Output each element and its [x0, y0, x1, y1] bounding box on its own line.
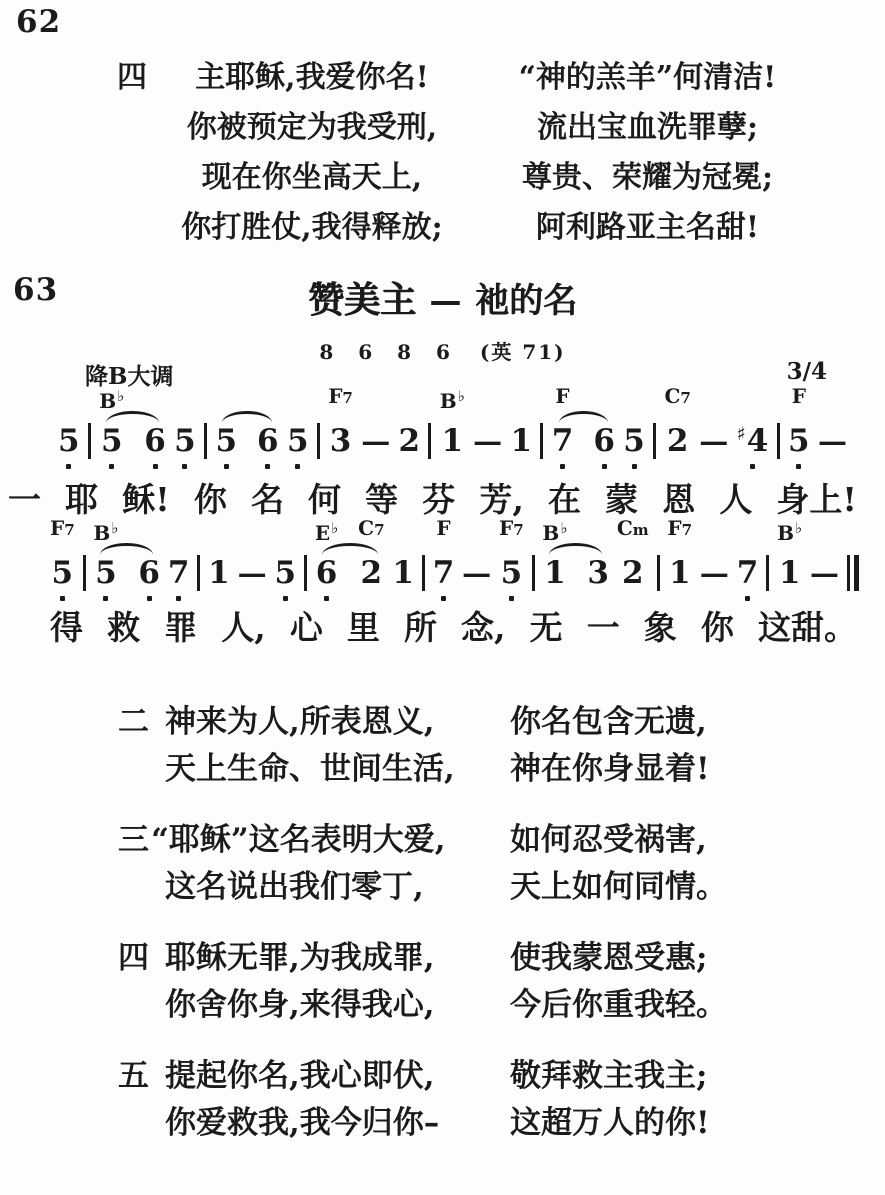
lyric-syllable: 人 [719, 474, 752, 521]
lyric-syllable: 里 [347, 602, 380, 649]
barline [532, 516, 535, 605]
verse-number: 四 [117, 52, 147, 96]
barline [854, 555, 859, 591]
chord-label: Cm [617, 516, 649, 542]
lyric-syllable: 人, [221, 602, 266, 649]
low-octave-dot [745, 596, 750, 601]
chord-label: E♭ [315, 516, 338, 542]
lyric-line-2: 得救罪人,心里所念,无一象你这甜。 [50, 602, 857, 649]
lyric-syllable: 心 [290, 602, 323, 649]
verse-text-right: 使我蒙恩受惠; [510, 932, 885, 964]
low-octave-dot [60, 596, 65, 601]
lyric-syllable: 你 [701, 602, 734, 649]
low-octave-dot [176, 596, 181, 601]
low-octave-dot [103, 596, 108, 601]
slur-group: F76 [552, 384, 615, 473]
verse-number [118, 1097, 165, 1129]
chord-label: B♭ [542, 516, 567, 542]
lyric-syllable: 恩 [662, 474, 695, 521]
verse-line: 四耶稣无罪,为我成罪,使我蒙恩受惠; [0, 932, 885, 964]
chord-label: F [436, 516, 450, 542]
low-octave-dot [441, 596, 446, 601]
music-note: 7 [168, 516, 190, 605]
barline [653, 423, 656, 459]
low-octave-dot [324, 596, 329, 601]
lyric-syllable: 等 [365, 474, 398, 521]
slur-group: E♭6C72 [315, 516, 385, 605]
low-octave-dot [509, 596, 514, 601]
verse-line: 三“耶稣”这名表明大爱,如何忍受祸害, [0, 814, 885, 846]
lyric-syllable: 芳, [479, 474, 524, 521]
music-note: 6 [257, 384, 279, 473]
barline [317, 384, 320, 473]
barline [777, 423, 780, 459]
barline [88, 423, 91, 459]
music-note: F7 [433, 516, 455, 605]
chord-label: F [555, 384, 569, 410]
barline [304, 555, 307, 591]
music-note: B♭5 [99, 384, 124, 473]
verse-line: 你舍你身,来得我心,今后你重我轻。 [0, 979, 885, 1011]
lyric-syllable: 所 [404, 602, 437, 649]
music-note: C72 [358, 516, 384, 605]
hymn-title-dash: — [430, 282, 462, 320]
music-note: B♭1 [777, 516, 802, 605]
verse-text-left: “耶稣”这名表明大爱, [165, 814, 510, 846]
verse-text-left: 主耶稣,我爱你名! [147, 52, 477, 96]
verse-line: 这名说出我们零丁,天上如何同情。 [0, 861, 885, 893]
lyric-syllable: 何 [308, 474, 341, 521]
music-note: 6 [144, 384, 166, 473]
lyric-syllable: 救 [107, 602, 140, 649]
low-octave-dot [147, 596, 152, 601]
lyric-syllable: 身上! [776, 474, 857, 521]
note-dash: — [238, 516, 267, 605]
note-dash: — [473, 384, 502, 473]
low-octave-dot [265, 464, 270, 469]
low-octave-dot [602, 464, 607, 469]
low-octave-dot [283, 596, 288, 601]
verse-number: 五 [118, 1050, 165, 1082]
slur-group: B♭56 [93, 516, 160, 605]
verse-block: 五提起你名,我心即伏,敬拜救主我主;你爱救我,我今归你–这超万人的你! [0, 1050, 885, 1129]
verse-text-right: 你名包含无遗, [510, 696, 885, 728]
barline [532, 555, 535, 591]
music-note: 3 [587, 516, 609, 605]
music-note: F7 [552, 384, 574, 473]
barline [540, 423, 543, 459]
music-note: 5 [623, 384, 645, 473]
barline [422, 516, 425, 605]
hymn-subtitle: 祂的名 [475, 281, 577, 321]
verse-text-right: 天上如何同情。 [510, 861, 885, 893]
barline [317, 423, 320, 459]
chord-label: F7 [499, 516, 524, 542]
music-note: 6 [593, 384, 615, 473]
barline [88, 384, 91, 473]
hymn-title: 赞美主 [308, 280, 416, 321]
chord-label: C7 [665, 384, 691, 410]
verse-number [118, 861, 165, 893]
lyric-syllable: 念, [461, 602, 506, 649]
low-octave-dot [153, 464, 158, 469]
flat-sign: ♭ [560, 519, 567, 537]
chord-label: B♭ [777, 516, 802, 542]
music-note: B♭1 [440, 384, 465, 473]
music-note: 6 [138, 516, 160, 605]
slur-group: 56 [215, 384, 278, 473]
lyric-syllable: 稣! [122, 474, 170, 521]
verse-block: 二神来为人,所表恩义,你名包含无遗,天上生命、世间生活,神在你身显着! [0, 696, 885, 775]
music-note: 2 [399, 384, 421, 473]
lyric-syllable: 在 [548, 474, 581, 521]
verse-block: 三“耶稣”这名表明大爱,如何忍受祸害,这名说出我们零丁,天上如何同情。 [0, 814, 885, 893]
barline [83, 555, 86, 591]
lyric-syllable: 名 [251, 474, 284, 521]
verse-line: 你被预定为我受刑,流出宝血洗罪孽; [117, 102, 847, 152]
verse-text-right: 今后你重我轻。 [510, 979, 885, 1011]
lyric-syllable: 你 [194, 474, 227, 521]
verse-text-right: 如何忍受祸害, [510, 814, 885, 846]
verse-text-left: 现在你坐高天上, [147, 152, 477, 196]
music-note: F71 [667, 516, 692, 605]
note-dash: — [810, 516, 839, 605]
low-octave-dot [224, 464, 229, 469]
music-note: 5 [58, 384, 80, 473]
verse-text-right: 敬拜救主我主; [510, 1050, 885, 1082]
sharp-sign: ♯ [737, 416, 746, 452]
music-line-2: F75B♭5671—5E♭6C721F7—F75B♭13Cm2F71—7B♭1— [50, 516, 859, 605]
verse-text-left: 这名说出我们零丁, [165, 861, 510, 893]
low-octave-dot [632, 464, 637, 469]
flat-sign: ♭ [458, 387, 465, 405]
chord-label: C7 [358, 516, 384, 542]
low-octave-dot [295, 464, 300, 469]
music-note: 1 [510, 384, 532, 473]
barline [777, 384, 780, 473]
verse-text-left: 提起你名,我心即伏, [165, 1050, 510, 1082]
verse-number [118, 743, 165, 775]
verse-block: 四耶稣无罪,为我成罪,使我蒙恩受惠;你舍你身,来得我心,今后你重我轻。 [0, 932, 885, 1011]
flat-sign: ♭ [331, 519, 338, 537]
music-note: B♭5 [93, 516, 118, 605]
barline [657, 555, 660, 591]
flat-sign: ♭ [117, 387, 124, 405]
music-note: F75 [50, 516, 75, 605]
verse-line: 你爱救我,我今归你–这超万人的你! [0, 1097, 885, 1129]
note-dash: — [462, 516, 491, 605]
lyric-syllable: 这甜。 [758, 602, 857, 649]
music-note: 7 [737, 516, 759, 605]
verse-text-left: 你舍你身,来得我心, [165, 979, 510, 1011]
barline [766, 555, 769, 591]
music-note: F5 [788, 384, 810, 473]
verse-text-left: 你爱救我,我今归你– [165, 1097, 510, 1129]
chord-label: B♭ [99, 384, 124, 410]
verse-text-right: “神的羔羊”何清洁! [495, 52, 800, 96]
verse-line: 你打胜仗,我得释放;阿利路亚主名甜! [117, 202, 847, 252]
final-barline [847, 516, 859, 605]
barline [657, 516, 660, 605]
slur-group: B♭13 [542, 516, 609, 605]
lyric-syllable: 象 [644, 602, 677, 649]
verse-text-right: 流出宝血洗罪孽; [495, 102, 800, 146]
chord-label: F7 [667, 516, 692, 542]
barline [197, 516, 200, 605]
verse-line: 五提起你名,我心即伏,敬拜救主我主; [0, 1050, 885, 1082]
low-octave-dot [182, 464, 187, 469]
verse-text-left: 你被预定为我受刑, [147, 102, 477, 146]
chord-label: B♭ [440, 384, 465, 410]
low-octave-dot [66, 464, 71, 469]
music-line-1: 5B♭565565F73—2B♭1—1F765C72—♯4F5— [58, 384, 847, 473]
verse-line: 二神来为人,所表恩义,你名包含无遗, [0, 696, 885, 728]
hymnal-page: 62 四主耶稣,我爱你名!“神的羔羊”何清洁!你被预定为我受刑,流出宝血洗罪孽;… [0, 0, 885, 1195]
music-note: E♭6 [315, 516, 338, 605]
flat-sign: ♭ [795, 519, 802, 537]
lyric-syllable: 一 [587, 602, 620, 649]
barline [653, 384, 656, 473]
barline [422, 555, 425, 591]
verse-number [118, 979, 165, 1011]
note-dash: — [699, 384, 728, 473]
barline [197, 555, 200, 591]
verse-text-left: 你打胜仗,我得释放; [147, 202, 477, 246]
verse-line: 天上生命、世间生活,神在你身显着! [0, 743, 885, 775]
music-note: F73 [328, 384, 353, 473]
verse-line: 现在你坐高天上,尊贵、荣耀为冠冕; [117, 152, 847, 202]
lyric-syllable: 蒙 [605, 474, 638, 521]
music-note: Cm2 [617, 516, 649, 605]
verse-text-left: 天上生命、世间生活, [165, 743, 510, 775]
music-note: 5 [274, 516, 296, 605]
verse-text-right: 这超万人的你! [510, 1097, 885, 1129]
slur-group: B♭56 [99, 384, 166, 473]
lyric-syllable: 罪 [164, 602, 197, 649]
low-octave-dot [796, 464, 801, 469]
lyric-line-1: 一耶稣!你名何等芬芳,在蒙恩人身上! [8, 474, 857, 521]
music-note: 1 [392, 516, 414, 605]
verse-text-right: 神在你身显着! [510, 743, 885, 775]
lyric-syllable: 耶 [65, 474, 98, 521]
barline [766, 516, 769, 605]
verse-text-right: 阿利路亚主名甜! [495, 202, 800, 246]
hymn-63-header: 63 赞美主 — 祂的名 [0, 272, 885, 323]
barline [83, 516, 86, 605]
verse-number: 二 [118, 696, 165, 728]
barline [540, 384, 543, 473]
note-dash: — [818, 384, 847, 473]
barline [428, 384, 431, 473]
lyric-syllable: 芬 [422, 474, 455, 521]
music-note: ♯4 [737, 384, 769, 473]
barline [847, 555, 850, 591]
music-note: 1 [208, 516, 230, 605]
lyric-syllable: 无 [530, 602, 563, 649]
hymn-62-number: 62 [16, 4, 61, 40]
music-note: B♭1 [542, 516, 567, 605]
verse-line: 四主耶稣,我爱你名!“神的羔羊”何清洁! [117, 52, 847, 102]
barline [204, 423, 207, 459]
verse-number: 四 [118, 932, 165, 964]
note-dash: — [361, 384, 390, 473]
music-note: 5 [287, 384, 309, 473]
chord-label: F7 [328, 384, 353, 410]
music-note: C72 [665, 384, 691, 473]
verse-text-right: 尊贵、荣耀为冠冕; [495, 152, 800, 196]
hymn-62-verse-4: 四主耶稣,我爱你名!“神的羔羊”何清洁!你被预定为我受刑,流出宝血洗罪孽;现在你… [117, 52, 847, 252]
chord-label: F [792, 384, 806, 410]
low-octave-dot [109, 464, 114, 469]
music-note: F75 [499, 516, 524, 605]
stanza-number: 一 [8, 474, 41, 521]
hymn-63-number: 63 [13, 272, 58, 308]
verses-2-to-5: 二神来为人,所表恩义,你名包含无遗,天上生命、世间生活,神在你身显着!三“耶稣”… [0, 696, 885, 1168]
lyric-syllable: 得 [50, 602, 83, 649]
low-octave-dot [560, 464, 565, 469]
music-note: 5 [215, 384, 237, 473]
note-dash: — [700, 516, 729, 605]
barline [428, 423, 431, 459]
barline [304, 516, 307, 605]
music-note: 5 [174, 384, 196, 473]
barline [204, 384, 207, 473]
chord-label: F7 [50, 516, 75, 542]
flat-sign: ♭ [111, 519, 118, 537]
verse-text-left: 耶稣无罪,为我成罪, [165, 932, 510, 964]
verse-text-left: 神来为人,所表恩义, [165, 696, 510, 728]
chord-label: B♭ [93, 516, 118, 542]
low-octave-dot [750, 464, 755, 469]
